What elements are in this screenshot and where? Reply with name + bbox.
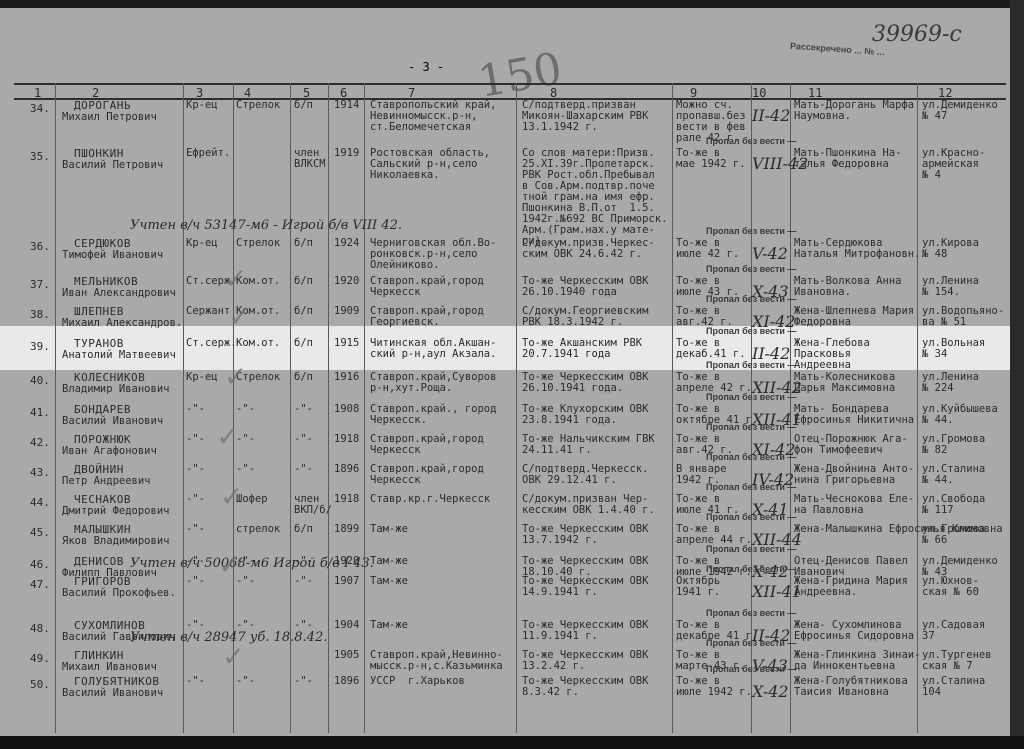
home-address: ул.Тургенев ская № 7 [922, 650, 992, 672]
birthplace: Черниговская обл.Во- ронковск.р-н,село О… [370, 238, 496, 271]
position: Стрелок [236, 100, 280, 111]
draft-info: То-же Черкесским ОВК 13.2.42 г. [522, 650, 648, 672]
draft-info: То-же Черкесским ОВК 26.10.1940 года [522, 276, 648, 298]
military-rank: Кр-ец [186, 372, 218, 383]
birthplace: Ставропольский край, Невинномысск.р-н, с… [370, 100, 496, 133]
missing-since: То-же в апреле 44 г. [676, 524, 752, 546]
column-number-1: 1 [34, 86, 41, 100]
next-of-kin: Жена-Гридина Мария Андреевна. [794, 576, 908, 598]
party-membership: -"- [294, 434, 313, 445]
birth-year: 1918 [334, 434, 359, 445]
birthplace: Ставроп.край,Невинно- мысск.р-н,с.Казьми… [370, 650, 503, 672]
column-number-9: 9 [690, 86, 697, 100]
soldier-given-name: Василий Петрович [62, 160, 163, 171]
soldier-given-name: Михаил Иванович [62, 662, 157, 673]
next-of-kin: Жена- Сухомлинова Ефросинья Сидоровна [794, 620, 914, 642]
party-membership: б/п [294, 100, 313, 111]
row-number: 43. [30, 466, 50, 479]
row-number: 36. [30, 240, 50, 253]
column-number-3: 3 [196, 86, 203, 100]
home-address: ул.Сталина № 44. [922, 464, 985, 486]
soldier-given-name: Владимир Иванович [62, 384, 169, 395]
row-number: 34. [30, 102, 50, 115]
missing-since: Октябрь 1941 г. [676, 576, 720, 598]
column-number-7: 7 [408, 86, 415, 100]
missing-stamp: Пропал без вести — [706, 264, 796, 274]
home-address: ул.Юхнов- ская № 60 [922, 576, 979, 598]
draft-info: То-же Черкесским ОВК 13.7.1942 г. [522, 524, 648, 546]
date-mark: V-42 [752, 244, 788, 263]
soldier-given-name: Тимофей Иванович [62, 250, 163, 261]
soldier-surname: ДОРОГАНЬ [74, 100, 131, 111]
row-number: 38. [30, 308, 50, 321]
party-membership: -"- [294, 464, 313, 475]
military-rank: Ст.серж. [186, 338, 237, 349]
check-mark-icon: ✓ [224, 262, 247, 295]
missing-stamp: Пропал без вести — [706, 638, 796, 648]
row-number: 46. [30, 558, 50, 571]
draft-info: С/докум.призван Чер- кесским ОВК 1.4.40 … [522, 494, 655, 516]
military-rank: Ефрейт. [186, 148, 230, 159]
soldier-given-name: Яков Владимирович [62, 536, 169, 547]
birthplace: Там-же [370, 576, 408, 587]
party-membership: -"- [294, 576, 313, 587]
position: Ком.от. [236, 338, 280, 349]
soldier-surname: МАЛЫШКИН [74, 524, 131, 535]
draft-info: С/докум.призв.Черкес- ским ОВК 24.6.42 г… [522, 238, 655, 260]
row-number: 44. [30, 496, 50, 509]
missing-since: То-же в декаб.41 г. [676, 338, 746, 360]
soldier-surname: ТУРАНОВ [74, 338, 124, 349]
missing-stamp: Пропал без вести — [706, 422, 796, 432]
column-divider [55, 83, 56, 733]
military-rank: Кр-ец [186, 100, 218, 111]
column-number-6: 6 [340, 86, 347, 100]
birth-year: 1907 [334, 576, 359, 587]
home-address: ул.Громова № 66 [922, 524, 985, 546]
home-address: ул.Садовая 37 [922, 620, 985, 642]
party-membership: б/п [294, 338, 313, 349]
birth-year: 1896 [334, 676, 359, 687]
check-mark-icon: ✓ [224, 360, 247, 393]
home-address: ул.Ленина № 224 [922, 372, 979, 394]
soldier-given-name: Василий Иванович [62, 688, 163, 699]
birthplace: Ставроп.край,город Черкесск [370, 276, 484, 298]
draft-info: То-же Клухорским ОВК 23.8.1941 года. [522, 404, 648, 426]
military-rank: Сержант [186, 306, 230, 317]
home-address: ул.Куйбышева № 44. [922, 404, 998, 426]
draft-info: То-же Нальчикским ГВК 24.11.41 г. [522, 434, 655, 456]
birthplace: Там-же [370, 524, 408, 535]
birth-year: 1920 [334, 276, 359, 287]
home-address: ул.Водопьяно- ва № 51 [922, 306, 1004, 328]
draft-info: То-же Черкесским ОВК 26.10.1941 года. [522, 372, 648, 394]
column-divider [516, 83, 517, 733]
birth-year: 1915 [334, 338, 359, 349]
missing-since: То-же в мае 1942 г. [676, 148, 746, 170]
birth-year: 1914 [334, 100, 359, 111]
missing-since: То-же в апреле 42 г. [676, 372, 752, 394]
position: -"- [236, 464, 255, 475]
military-rank: -"- [186, 524, 205, 535]
next-of-kin: Жена-Шлепнева Мария Федоровна [794, 306, 914, 328]
next-of-kin: Мать-Колесникова Дарья Максимовна [794, 372, 895, 394]
party-membership: -"- [294, 676, 313, 687]
check-mark-icon: ✓ [216, 420, 239, 453]
column-number-4: 4 [244, 86, 251, 100]
highlighted-row-band [0, 326, 1024, 370]
next-of-kin: Жена-Глинкина Зинаи- да Иннокентьевна [794, 650, 920, 672]
missing-stamp: Пропал без вести — [706, 294, 796, 304]
check-mark-icon: ✓ [218, 548, 241, 581]
missing-stamp: Пропал без вести — [706, 608, 796, 618]
birthplace: Ставроп.край., город Черкесск. [370, 404, 496, 426]
missing-since: То-же в июле 42 г. [676, 238, 739, 260]
row-number: 42. [30, 436, 50, 449]
check-mark-icon: ✓ [222, 640, 245, 673]
missing-stamp: Пропал без вести — [706, 664, 796, 674]
military-rank: -"- [186, 576, 205, 587]
party-membership: б/п [294, 276, 313, 287]
party-membership: б/п [294, 372, 313, 383]
draft-info: С/докум.Георгиевским РВК 18.3.1942 г. [522, 306, 648, 328]
birthplace: Ставроп.край,город Георгиевск. [370, 306, 484, 328]
position: -"- [236, 676, 255, 687]
birth-year: 1924 [334, 238, 359, 249]
missing-stamp: Пропал без вести — [706, 452, 796, 462]
missing-stamp: Пропал без вести — [706, 360, 796, 370]
soldier-surname: ШЛЕПНЕВ [74, 306, 124, 317]
missing-stamp: Пропал без вести — [706, 392, 796, 402]
check-mark-icon: ✓ [228, 300, 251, 333]
column-number-10: 10 [752, 86, 766, 100]
missing-since: То-же в авг.42 г. [676, 306, 733, 328]
birthplace: Ростовская область, Сальский р-н,село Ни… [370, 148, 490, 181]
column-divider [364, 83, 365, 733]
column-number-12: 12 [938, 86, 952, 100]
soldier-surname: СЕРДЮКОВ [74, 238, 131, 249]
position: -"- [236, 404, 255, 415]
party-membership: б/п [294, 524, 313, 535]
draft-info: С/подтверд.Черкесск. ОВК 29.12.41 г. [522, 464, 648, 486]
row-number: 37. [30, 278, 50, 291]
soldier-given-name: Михаил Петрович [62, 112, 157, 123]
scan-bottom-edge [0, 736, 1024, 749]
missing-stamp: Пропал без вести — [706, 482, 796, 492]
soldier-surname: ЧЕСНАКОВ [74, 494, 131, 505]
position: стрелок [236, 524, 280, 535]
draft-info: С/подтверд.призван Микоян-Шахарским РВК … [522, 100, 648, 133]
soldier-surname: ГЛИНКИН [74, 650, 124, 661]
military-rank: -"- [186, 676, 205, 687]
birthplace: Там-же [370, 620, 408, 631]
home-address: ул.Красно- армейская № 4 [922, 148, 985, 181]
column-number-2: 2 [92, 86, 99, 100]
home-address: ул.Сталина 104 [922, 676, 985, 698]
row-number: 50. [30, 678, 50, 691]
soldier-given-name: Дмитрий Федорович [62, 506, 169, 517]
birth-year: 1916 [334, 372, 359, 383]
column-number-11: 11 [808, 86, 822, 100]
soldier-surname: ГОЛУБЯТНИКОВ [74, 676, 159, 687]
soldier-surname: КОЛЕСНИКОВ [74, 372, 145, 383]
birthplace: Ставроп.край,Суворов р-н,хут.Роща. [370, 372, 496, 394]
row-number: 49. [30, 652, 50, 665]
handwritten-note: Учтен в/ч 50068-м6 Игрой б/в I 43. [130, 556, 374, 571]
birth-year: 1918 [334, 494, 359, 505]
row-number: 39. [30, 340, 50, 353]
birthplace: Там-же [370, 556, 408, 567]
party-membership: -"- [294, 404, 313, 415]
next-of-kin: Жена-Глебова Прасковья Андреевна [794, 338, 870, 371]
row-number: 47. [30, 578, 50, 591]
home-address: ул.Кирова № 48 [922, 238, 979, 260]
row-number: 40. [30, 374, 50, 387]
birth-year: 1908 [334, 404, 359, 415]
missing-stamp: Пропал без вести — [706, 564, 796, 574]
military-rank: Кр-ец [186, 238, 218, 249]
soldier-given-name: Иван Агафонович [62, 446, 157, 457]
party-membership: член ВЛКСМ [294, 148, 326, 170]
military-rank: -"- [186, 464, 205, 475]
row-number: 48. [30, 622, 50, 635]
column-number-8: 8 [550, 86, 557, 100]
table-top-rule [14, 83, 1006, 85]
military-rank: -"- [186, 494, 205, 505]
missing-stamp: Пропал без вести — [706, 136, 796, 146]
next-of-kin: Мать-Дорогань Марфа Наумовна. [794, 100, 914, 122]
draft-info: То-же Черкесским ОВК 11.9.1941 г. [522, 620, 648, 642]
home-address: ул.Громова № 82 [922, 434, 985, 456]
draft-info: То-же Черкесским ОВК 8.3.42 г. [522, 676, 648, 698]
page-number: - 3 - [408, 60, 444, 74]
position: Стрелок [236, 238, 280, 249]
home-address: ул.Ленина № 154. [922, 276, 979, 298]
draft-info: Со слов матери:Призв. 25.XI.39г.Пролетар… [522, 148, 667, 247]
birth-year: 1909 [334, 306, 359, 317]
birth-year: 1904 [334, 620, 359, 631]
birthplace: Ставроп.край,город Черкесск [370, 464, 484, 486]
archive-number: 39969-с [872, 22, 962, 47]
party-membership: б/п [294, 238, 313, 249]
date-mark: II-42 [752, 106, 790, 125]
birthplace: Читинская обл.Акшан- ский р-н,аул Акзала… [370, 338, 496, 360]
birth-year: 1899 [334, 524, 359, 535]
birth-year: 1896 [334, 464, 359, 475]
party-membership: член ВКП/б/ [294, 494, 332, 516]
soldier-given-name: Михаил Александров. [62, 318, 182, 329]
check-mark-icon: ✓ [220, 480, 243, 513]
soldier-surname: ПШОНКИН [74, 148, 124, 159]
soldier-surname: ПОРОЖНЮК [74, 434, 131, 445]
soldier-surname: ДВОЙНИН [74, 464, 124, 475]
column-divider [328, 83, 329, 733]
next-of-kin: Мать- Бондарева Ефросинья Никитична [794, 404, 914, 426]
soldier-given-name: Василий Прокофьев. [62, 588, 176, 599]
missing-since: То-же в июле 1942 г. [676, 676, 752, 698]
next-of-kin: Мать-Пшонкина На- талья Федоровна [794, 148, 901, 170]
soldier-given-name: Василий Иванович [62, 416, 163, 427]
missing-stamp: Пропал без вести — [706, 544, 796, 554]
draft-info: То-же Акшанским РВК 20.7.1941 года [522, 338, 642, 360]
next-of-kin: Мать-Чеснокова Еле- на Павловна [794, 494, 914, 516]
next-of-kin: Мать-Волкова Анна Ивановна. [794, 276, 901, 298]
soldier-surname: ГРИГОРОВ [74, 576, 131, 587]
row-number: 41. [30, 406, 50, 419]
next-of-kin: Отец-Порожнюк Ага- фон Тимофеевич [794, 434, 908, 456]
birthplace: Ставроп.край,город Черкесск [370, 434, 484, 456]
column-divider [917, 83, 918, 733]
home-address: ул.Вольная № 34 [922, 338, 985, 360]
draft-info: То-же Черкесским ОВК 14.9.1941 г. [522, 576, 648, 598]
soldier-surname: БОНДАРЕВ [74, 404, 131, 415]
home-address: ул.Свобода № 117 [922, 494, 985, 516]
missing-stamp: Пропал без вести — [706, 512, 796, 522]
birthplace: Ставр.кр.г.Черкесск [370, 494, 490, 505]
birth-year: 1919 [334, 148, 359, 159]
column-divider [672, 83, 673, 733]
missing-stamp: Пропал без вести — [706, 226, 796, 236]
birthplace: УССР г.Харьков [370, 676, 465, 687]
party-membership: б/п [294, 306, 313, 317]
soldier-surname: ДЕНИСОВ [74, 556, 124, 567]
military-rank: -"- [186, 434, 205, 445]
next-of-kin: Мать-Сердюкова Наталья Митрофановн. [794, 238, 920, 260]
missing-stamp: Пропал без вести — [706, 326, 796, 336]
row-number: 45. [30, 526, 50, 539]
row-number: 35. [30, 150, 50, 163]
soldier-given-name: Петр Андреевич [62, 476, 151, 487]
soldier-given-name: Анатолий Матвеевич [62, 350, 176, 361]
military-rank: -"- [186, 404, 205, 415]
next-of-kin: Жена-Голубятникова Таисия Ивановна [794, 676, 908, 698]
column-number-5: 5 [303, 86, 310, 100]
handwritten-note: Учтен в/ч 53147-м6 - Игрой б/в VIII 42. [130, 218, 402, 233]
birth-year: 1905 [334, 650, 359, 661]
next-of-kin: Жена-Двойнина Анто- нина Григорьевна [794, 464, 914, 486]
soldier-given-name: Иван Александрович [62, 288, 176, 299]
scan-right-edge [1010, 0, 1024, 749]
date-mark: X-42 [752, 682, 789, 701]
home-address: ул.Демиденко № 47 [922, 100, 998, 122]
soldier-surname: МЕЛЬНИКОВ [74, 276, 138, 287]
